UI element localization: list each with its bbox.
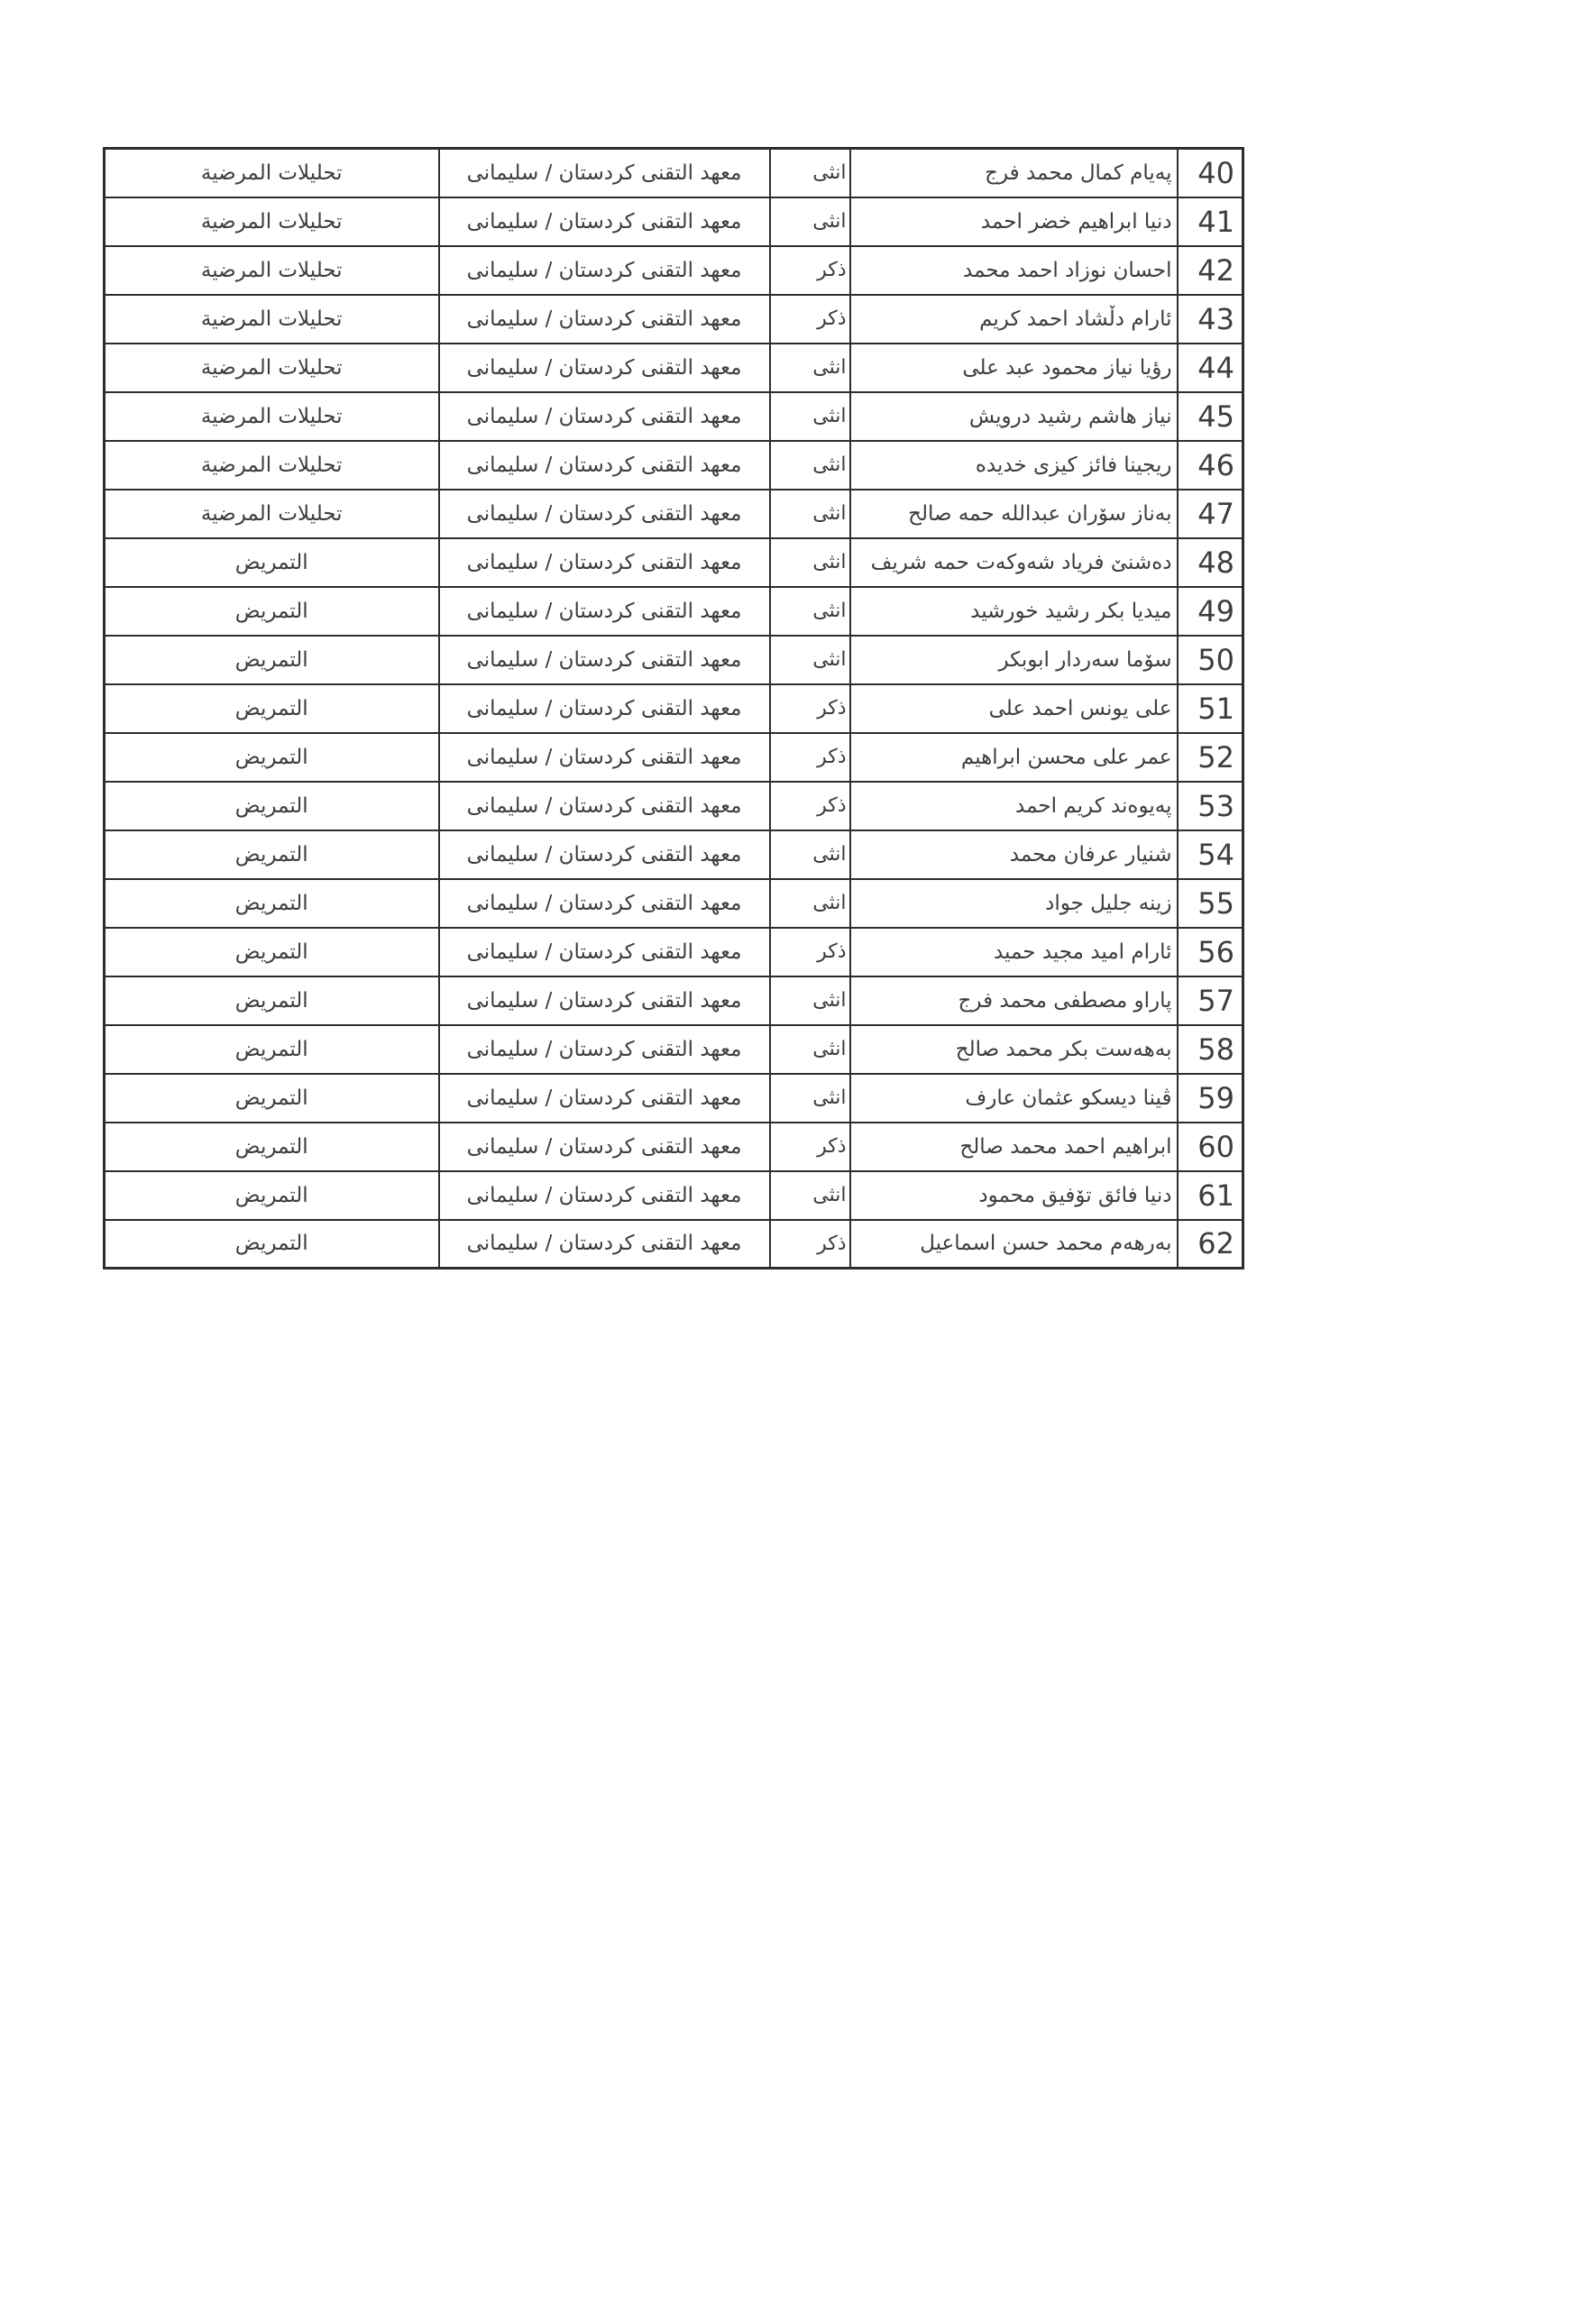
cell-number: 54 — [1178, 830, 1243, 879]
cell-department: التمريض — [105, 782, 439, 830]
cell-name: ڤينا ديسكو عثمان عارف — [850, 1074, 1178, 1123]
cell-gender: ذكر — [770, 246, 850, 295]
cell-name: رؤيا نياز محمود عبد على — [850, 344, 1178, 392]
table-row: 48دەشنێ فرياد شەوكەت حمه شريفانثىمعهد ال… — [105, 538, 1243, 587]
cell-institute: معهد التقنى كردستان / سليمانى — [439, 879, 770, 928]
cell-number: 58 — [1178, 1025, 1243, 1074]
cell-department: تحليلات المرضية — [105, 295, 439, 344]
table-row: 59ڤينا ديسكو عثمان عارفانثىمعهد التقنى ك… — [105, 1074, 1243, 1123]
cell-gender: ذكر — [770, 295, 850, 344]
cell-department: التمريض — [105, 1123, 439, 1171]
table-row: 40پەيام كمال محمد فرجانثىمعهد التقنى كرد… — [105, 149, 1243, 197]
cell-institute: معهد التقنى كردستان / سليمانى — [439, 830, 770, 879]
cell-name: پەيام كمال محمد فرج — [850, 149, 1178, 197]
cell-institute: معهد التقنى كردستان / سليمانى — [439, 149, 770, 197]
cell-gender: انثى — [770, 830, 850, 879]
cell-name: بەناز سۆران عبدالله حمه صالح — [850, 490, 1178, 538]
cell-institute: معهد التقنى كردستان / سليمانى — [439, 1123, 770, 1171]
document-page: 40پەيام كمال محمد فرجانثىمعهد التقنى كرد… — [0, 0, 1596, 2310]
cell-gender: ذكر — [770, 1123, 850, 1171]
table-row: 46ريجينا فائز كيزى خديدهانثىمعهد التقنى … — [105, 441, 1243, 490]
cell-number: 60 — [1178, 1123, 1243, 1171]
table-row: 53پەيوەند كريم احمدذكرمعهد التقنى كردستا… — [105, 782, 1243, 830]
cell-name: على يونس احمد على — [850, 684, 1178, 733]
cell-institute: معهد التقنى كردستان / سليمانى — [439, 587, 770, 636]
cell-name: زينه جليل جواد — [850, 879, 1178, 928]
cell-number: 56 — [1178, 928, 1243, 976]
table-row: 45نياز هاشم رشيد درويشانثىمعهد التقنى كر… — [105, 392, 1243, 441]
cell-number: 47 — [1178, 490, 1243, 538]
cell-institute: معهد التقنى كردستان / سليمانى — [439, 636, 770, 684]
cell-name: دنيا فائق تۆفيق محمود — [850, 1171, 1178, 1220]
cell-name: نياز هاشم رشيد درويش — [850, 392, 1178, 441]
cell-number: 49 — [1178, 587, 1243, 636]
cell-number: 62 — [1178, 1220, 1243, 1269]
cell-gender: انثى — [770, 587, 850, 636]
cell-gender: انثى — [770, 1171, 850, 1220]
table-row: 43ئارام دڵشاد احمد كريمذكرمعهد التقنى كر… — [105, 295, 1243, 344]
table-row: 62بەرهەم محمد حسن اسماعيلذكرمعهد التقنى … — [105, 1220, 1243, 1269]
cell-number: 59 — [1178, 1074, 1243, 1123]
cell-department: تحليلات المرضية — [105, 392, 439, 441]
cell-department: التمريض — [105, 538, 439, 587]
cell-department: التمريض — [105, 879, 439, 928]
cell-gender: انثى — [770, 149, 850, 197]
cell-institute: معهد التقنى كردستان / سليمانى — [439, 490, 770, 538]
table-row: 50سۆما سەردار ابوبكرانثىمعهد التقنى كردس… — [105, 636, 1243, 684]
cell-number: 52 — [1178, 733, 1243, 782]
cell-gender: انثى — [770, 879, 850, 928]
cell-number: 48 — [1178, 538, 1243, 587]
cell-gender: ذكر — [770, 684, 850, 733]
table-row: 49ميديا بكر رشيد خورشيدانثىمعهد التقنى ك… — [105, 587, 1243, 636]
cell-gender: انثى — [770, 197, 850, 246]
cell-gender: انثى — [770, 1074, 850, 1123]
cell-department: التمريض — [105, 1171, 439, 1220]
cell-name: دنيا ابراهيم خضر احمد — [850, 197, 1178, 246]
cell-number: 45 — [1178, 392, 1243, 441]
table-row: 57پاراو مصطفى محمد فرجانثىمعهد التقنى كر… — [105, 976, 1243, 1025]
cell-institute: معهد التقنى كردستان / سليمانى — [439, 782, 770, 830]
table-row: 56ئارام اميد مجيد حميدذكرمعهد التقنى كرد… — [105, 928, 1243, 976]
cell-department: التمريض — [105, 636, 439, 684]
cell-department: التمريض — [105, 684, 439, 733]
cell-number: 61 — [1178, 1171, 1243, 1220]
cell-name: ريجينا فائز كيزى خديده — [850, 441, 1178, 490]
cell-name: دەشنێ فرياد شەوكەت حمه شريف — [850, 538, 1178, 587]
cell-institute: معهد التقنى كردستان / سليمانى — [439, 1025, 770, 1074]
cell-department: التمريض — [105, 830, 439, 879]
cell-institute: معهد التقنى كردستان / سليمانى — [439, 392, 770, 441]
student-roster-table: 40پەيام كمال محمد فرجانثىمعهد التقنى كرد… — [103, 147, 1244, 1270]
cell-gender: انثى — [770, 441, 850, 490]
cell-institute: معهد التقنى كردستان / سليمانى — [439, 246, 770, 295]
cell-department: التمريض — [105, 928, 439, 976]
cell-institute: معهد التقنى كردستان / سليمانى — [439, 733, 770, 782]
cell-gender: ذكر — [770, 928, 850, 976]
cell-number: 43 — [1178, 295, 1243, 344]
cell-institute: معهد التقنى كردستان / سليمانى — [439, 441, 770, 490]
cell-name: عمر على محسن ابراهيم — [850, 733, 1178, 782]
cell-institute: معهد التقنى كردستان / سليمانى — [439, 976, 770, 1025]
table-row: 60ابراهيم احمد محمد صالحذكرمعهد التقنى ك… — [105, 1123, 1243, 1171]
table-row: 61دنيا فائق تۆفيق محمودانثىمعهد التقنى ك… — [105, 1171, 1243, 1220]
table-row: 54شنيار عرفان محمدانثىمعهد التقنى كردستا… — [105, 830, 1243, 879]
cell-number: 46 — [1178, 441, 1243, 490]
roster-body: 40پەيام كمال محمد فرجانثىمعهد التقنى كرد… — [105, 149, 1243, 1269]
cell-department: التمريض — [105, 976, 439, 1025]
cell-institute: معهد التقنى كردستان / سليمانى — [439, 1171, 770, 1220]
cell-institute: معهد التقنى كردستان / سليمانى — [439, 295, 770, 344]
table-row: 41دنيا ابراهيم خضر احمدانثىمعهد التقنى ك… — [105, 197, 1243, 246]
cell-gender: انثى — [770, 344, 850, 392]
cell-department: تحليلات المرضية — [105, 246, 439, 295]
cell-gender: ذكر — [770, 733, 850, 782]
cell-institute: معهد التقنى كردستان / سليمانى — [439, 197, 770, 246]
cell-institute: معهد التقنى كردستان / سليمانى — [439, 1074, 770, 1123]
cell-gender: ذكر — [770, 1220, 850, 1269]
cell-department: تحليلات المرضية — [105, 441, 439, 490]
cell-name: سۆما سەردار ابوبكر — [850, 636, 1178, 684]
cell-gender: انثى — [770, 490, 850, 538]
cell-department: تحليلات المرضية — [105, 149, 439, 197]
cell-number: 44 — [1178, 344, 1243, 392]
cell-name: پاراو مصطفى محمد فرج — [850, 976, 1178, 1025]
cell-name: بەهەست بكر محمد صالح — [850, 1025, 1178, 1074]
cell-department: تحليلات المرضية — [105, 197, 439, 246]
cell-gender: انثى — [770, 392, 850, 441]
cell-number: 55 — [1178, 879, 1243, 928]
cell-number: 42 — [1178, 246, 1243, 295]
cell-name: ميديا بكر رشيد خورشيد — [850, 587, 1178, 636]
cell-institute: معهد التقنى كردستان / سليمانى — [439, 344, 770, 392]
cell-gender: انثى — [770, 538, 850, 587]
table-row: 44رؤيا نياز محمود عبد علىانثىمعهد التقنى… — [105, 344, 1243, 392]
cell-name: بەرهەم محمد حسن اسماعيل — [850, 1220, 1178, 1269]
cell-institute: معهد التقنى كردستان / سليمانى — [439, 684, 770, 733]
cell-name: ابراهيم احمد محمد صالح — [850, 1123, 1178, 1171]
cell-number: 53 — [1178, 782, 1243, 830]
cell-number: 51 — [1178, 684, 1243, 733]
cell-number: 41 — [1178, 197, 1243, 246]
cell-institute: معهد التقنى كردستان / سليمانى — [439, 538, 770, 587]
cell-department: تحليلات المرضية — [105, 344, 439, 392]
cell-gender: انثى — [770, 636, 850, 684]
cell-name: پەيوەند كريم احمد — [850, 782, 1178, 830]
cell-institute: معهد التقنى كردستان / سليمانى — [439, 1220, 770, 1269]
cell-number: 40 — [1178, 149, 1243, 197]
table-row: 58بەهەست بكر محمد صالحانثىمعهد التقنى كر… — [105, 1025, 1243, 1074]
cell-gender: ذكر — [770, 782, 850, 830]
cell-department: التمريض — [105, 587, 439, 636]
cell-name: شنيار عرفان محمد — [850, 830, 1178, 879]
cell-name: احسان نوزاد احمد محمد — [850, 246, 1178, 295]
table-row: 52عمر على محسن ابراهيمذكرمعهد التقنى كرد… — [105, 733, 1243, 782]
table-row: 42احسان نوزاد احمد محمدذكرمعهد التقنى كر… — [105, 246, 1243, 295]
cell-number: 57 — [1178, 976, 1243, 1025]
cell-name: ئارام دڵشاد احمد كريم — [850, 295, 1178, 344]
cell-gender: انثى — [770, 1025, 850, 1074]
table-row: 55زينه جليل جوادانثىمعهد التقنى كردستان … — [105, 879, 1243, 928]
cell-department: التمريض — [105, 1074, 439, 1123]
table-row: 47بەناز سۆران عبدالله حمه صالحانثىمعهد ا… — [105, 490, 1243, 538]
table-row: 51على يونس احمد علىذكرمعهد التقنى كردستا… — [105, 684, 1243, 733]
cell-department: تحليلات المرضية — [105, 490, 439, 538]
cell-department: التمريض — [105, 1220, 439, 1269]
cell-department: التمريض — [105, 733, 439, 782]
cell-name: ئارام اميد مجيد حميد — [850, 928, 1178, 976]
cell-number: 50 — [1178, 636, 1243, 684]
cell-institute: معهد التقنى كردستان / سليمانى — [439, 928, 770, 976]
cell-gender: انثى — [770, 976, 850, 1025]
cell-department: التمريض — [105, 1025, 439, 1074]
